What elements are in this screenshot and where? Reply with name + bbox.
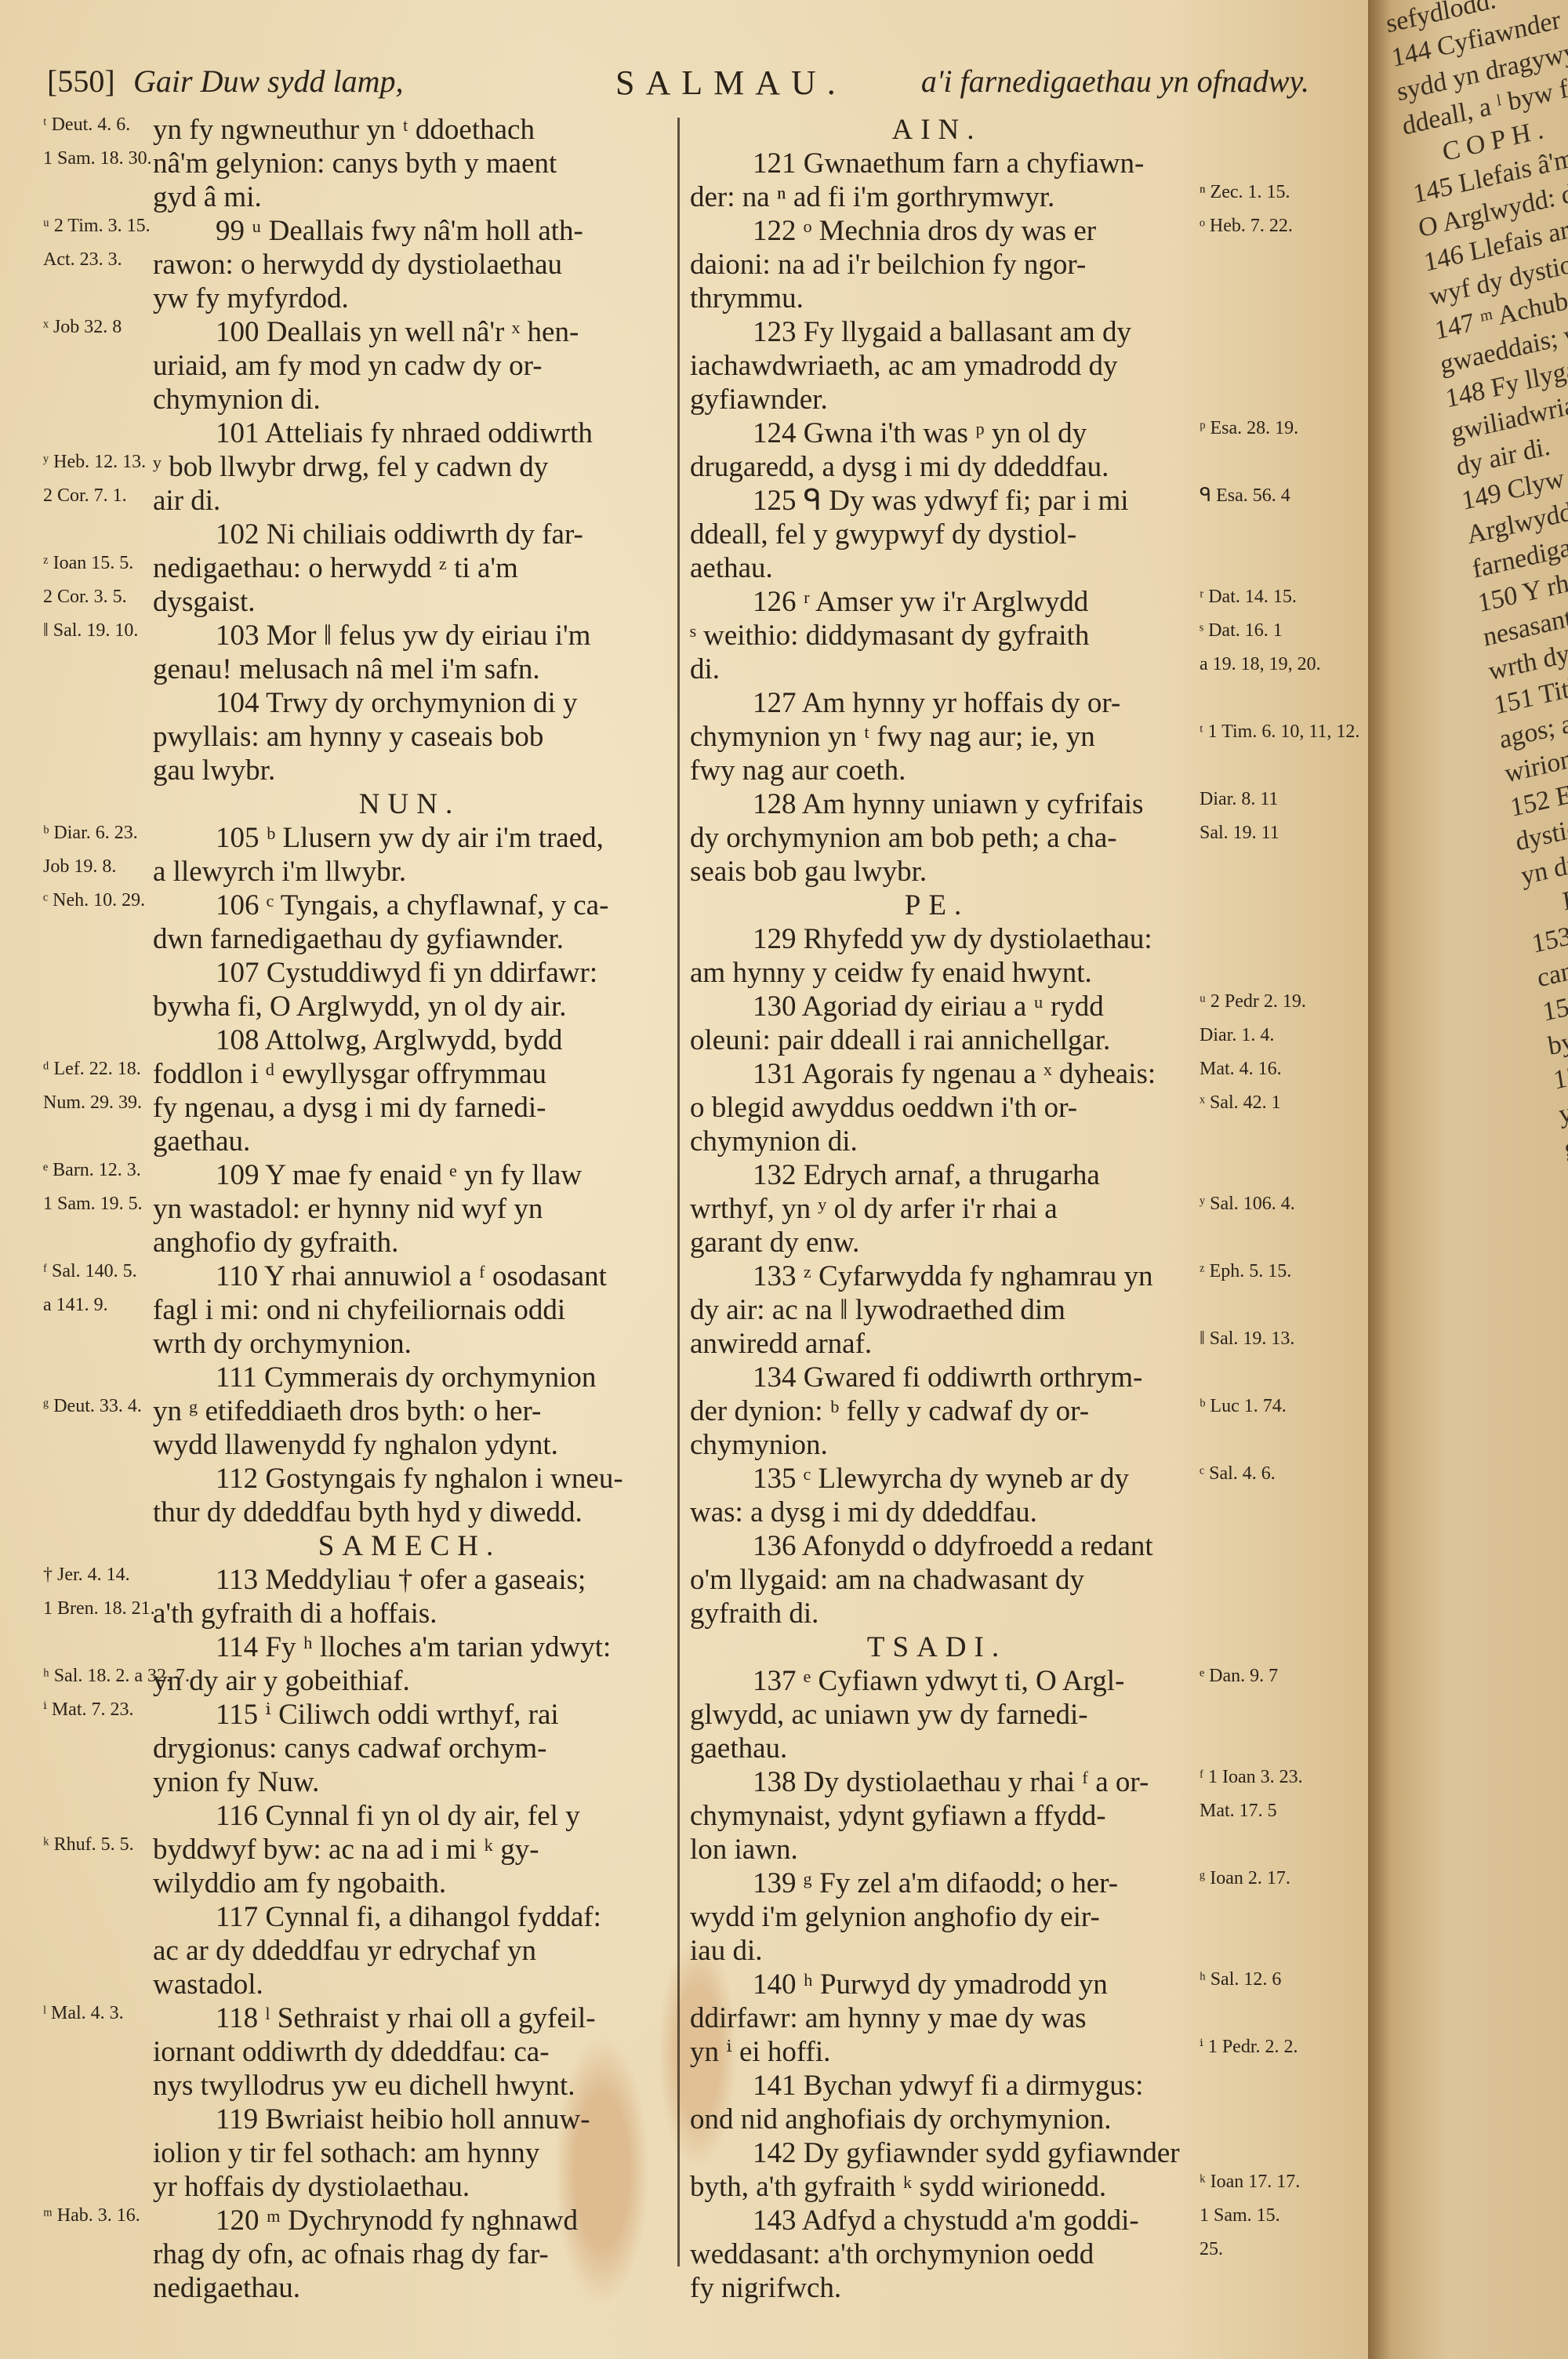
verse-text: bywha fi, O Arglwydd, yn ol dy air. bbox=[153, 990, 567, 1023]
verse-line: wastadol. bbox=[153, 1968, 666, 2001]
verse-text: 135 ᶜ Llewyrcha dy wyneb ar dy bbox=[753, 1462, 1129, 1496]
marginal-reference: ᵉ Dan. 9. 7 bbox=[1200, 1667, 1278, 1685]
verse-text: yn ⁱ ei hoffi. bbox=[690, 2035, 830, 2069]
verse-line: yw fy myfyrdod. bbox=[153, 282, 666, 315]
verse-line: lon iawn. bbox=[690, 1833, 1184, 1866]
marginal-reference: ᵒ Heb. 7. 22. bbox=[1200, 217, 1293, 234]
verse-text: 129 Rhyfedd yw dy dystiolaethau: bbox=[753, 922, 1152, 956]
verse-text: byth, a'th gyfraith ᵏ sydd wirionedd. bbox=[690, 2170, 1106, 2204]
next-page-text: sefydlodd.144 Cyfiawnder dy dystiolaetha… bbox=[1384, 0, 1568, 2257]
verse-line: rhag dy ofn, ac ofnais rhag dy far- bbox=[153, 2237, 666, 2271]
marginal-reference: ᵍ Deut. 33. 4. bbox=[43, 1398, 142, 1415]
verse-line: anwiredd arnaf.‖ Sal. 19. 13. bbox=[690, 1327, 1184, 1361]
verse-text: yn wastadol: er hynny nid wyf yn bbox=[153, 1192, 543, 1226]
verse-line: 114 Fy ʰ lloches a'm tarian ydwyt: bbox=[153, 1630, 666, 1664]
marginal-reference: ᵖ Esa. 28. 19. bbox=[1200, 420, 1298, 437]
section-heading: NUN. bbox=[153, 787, 666, 821]
verse-line: 102 Ni chiliais oddiwrth dy far- bbox=[153, 518, 666, 551]
column-divider bbox=[677, 118, 680, 2266]
verse-text: gyfiawnder. bbox=[690, 383, 828, 416]
verse-text: uriaid, am fy mod yn cadw dy or- bbox=[153, 349, 543, 383]
verse-text: 132 Edrych arnaf, a thrugarha bbox=[753, 1158, 1100, 1192]
verse-text: fy nigrifwch. bbox=[690, 2271, 841, 2305]
verse-text: 128 Am hynny uniawn y cyfrifais bbox=[753, 787, 1143, 821]
verse-line: seais bob gau lwybr. bbox=[690, 855, 1184, 889]
verse-line: nys twyllodrus yw eu dichell hwynt. bbox=[153, 2069, 666, 2103]
verse-text: 107 Cystuddiwyd fi yn ddirfawr: bbox=[216, 956, 597, 990]
verse-text: drugaredd, a dysg i mi dy ddeddfau. bbox=[690, 450, 1109, 484]
marginal-reference: ᶠ Sal. 140. 5. bbox=[43, 1263, 137, 1280]
verse-line: 108 Attolwg, Arglwydd, bydd bbox=[153, 1023, 666, 1057]
verse-line: 120 ᵐ Dychrynodd fy nghnawdᵐ Hab. 3. 16. bbox=[153, 2204, 666, 2237]
verse-line: wydd llawenydd fy nghalon ydynt. bbox=[153, 1428, 666, 1462]
marginal-reference: Diar. 8. 11 bbox=[1200, 791, 1278, 808]
verse-line: air di.2 Cor. 7. 1. bbox=[153, 484, 666, 518]
verse-line: nâ'm gelynion: canys byth y maent1 Sam. … bbox=[153, 147, 666, 180]
verse-text: gaethau. bbox=[690, 1732, 787, 1765]
right-caption: a'i farnedigaethau yn ofnadwy. bbox=[921, 63, 1309, 100]
verse-line: 136 Afonydd o ddyfroedd a redant bbox=[690, 1529, 1184, 1563]
verse-line: chymynion yn ᵗ fwy nag aur; ie, ynᵗ 1 Ti… bbox=[690, 720, 1184, 754]
verse-line: fy ngenau, a dysg i mi dy farnedi-Num. 2… bbox=[153, 1091, 666, 1125]
verse-text: 137 ᵉ Cyfiawn ydwyt ti, O Argl- bbox=[753, 1664, 1124, 1698]
marginal-reference: Diar. 1. 4. bbox=[1200, 1027, 1274, 1044]
verse-text: 125 ᑫ Dy was ydwyf fi; par i mi bbox=[753, 484, 1129, 518]
verse-text: thrymmu. bbox=[690, 282, 804, 315]
verse-text: daioni: na ad i'r beilchion fy ngor- bbox=[690, 248, 1086, 282]
marginal-reference: ᶜ Sal. 4. 6. bbox=[1200, 1465, 1276, 1482]
marginal-reference: 1 Bren. 18. 21. bbox=[43, 1600, 155, 1617]
marginal-reference: ᵇ Diar. 6. 23. bbox=[43, 824, 138, 841]
verse-line: fwy nag aur coeth. bbox=[690, 754, 1184, 787]
verse-text: o blegid awyddus oeddwn i'th or- bbox=[690, 1091, 1077, 1125]
verse-line: dy air: ac na ‖ lywodraethed dim bbox=[690, 1293, 1184, 1327]
verse-line: iornant oddiwrth dy ddeddfau: ca- bbox=[153, 2035, 666, 2069]
verse-line: 135 ᶜ Llewyrcha dy wyneb ar dyᶜ Sal. 4. … bbox=[690, 1462, 1184, 1496]
marginal-reference: ᵏ Ioan 17. 17. bbox=[1200, 2173, 1300, 2190]
verse-line: gyfraith di. bbox=[690, 1597, 1184, 1630]
verse-line: yn ⁱ ei hoffi.ⁱ 1 Pedr. 2. 2. bbox=[690, 2035, 1184, 2069]
verse-line: 109 Y mae fy enaid ᵉ yn fy llawᵉ Barn. 1… bbox=[153, 1158, 666, 1192]
verse-line: thur dy ddeddfau byth hyd y diwedd. bbox=[153, 1496, 666, 1529]
verse-line: 131 Agorais fy ngenau a ˣ dyheais:Mat. 4… bbox=[690, 1057, 1184, 1091]
verse-line: wydd i'm gelynion anghofio dy eir- bbox=[690, 1900, 1184, 1934]
verse-line: 129 Rhyfedd yw dy dystiolaethau: bbox=[690, 922, 1184, 956]
verse-line: 143 Adfyd a chystudd a'm goddi-1 Sam. 15… bbox=[690, 2204, 1184, 2237]
verse-text: chymynion yn ᵗ fwy nag aur; ie, yn bbox=[690, 720, 1095, 754]
verse-line: 100 Deallais yn well nâ'r ˣ hen-ˣ Job 32… bbox=[153, 315, 666, 349]
verse-text: seais bob gau lwybr. bbox=[690, 855, 927, 889]
verse-text: dy orchymynion am bob peth; a cha- bbox=[690, 821, 1117, 855]
verse-text: foddlon i ᵈ ewyllysgar offrymmau bbox=[153, 1057, 546, 1091]
verse-text: 113 Meddyliau † ofer a gaseais; bbox=[216, 1563, 586, 1597]
marginal-reference: Num. 29. 39. bbox=[43, 1094, 142, 1111]
verse-line: 117 Cynnal fi, a dihangol fyddaf: bbox=[153, 1900, 666, 1934]
verse-text: 131 Agorais fy ngenau a ˣ dyheais: bbox=[753, 1057, 1156, 1091]
marginal-reference: ʳ Dat. 14. 15. bbox=[1200, 588, 1297, 605]
verse-text: 106 ᶜ Tyngais, a chyflawnaf, y ca- bbox=[216, 889, 608, 922]
verse-text: wydd llawenydd fy nghalon ydynt. bbox=[153, 1428, 558, 1462]
marginal-reference: ʸ Heb. 12. 13. bbox=[43, 453, 146, 471]
verse-text: wastadol. bbox=[153, 1968, 263, 2001]
verse-text: 104 Trwy dy orchymynion di y bbox=[216, 686, 578, 720]
verse-text: yn ᵍ etifeddiaeth dros byth: o her- bbox=[153, 1394, 541, 1428]
verse-line: garant dy enw. bbox=[690, 1226, 1184, 1259]
verse-text: 102 Ni chiliais oddiwrth dy far- bbox=[216, 518, 583, 551]
verse-line: oleuni: pair ddeall i rai annichellgar.D… bbox=[690, 1023, 1184, 1057]
marginal-reference: a 141. 9. bbox=[43, 1296, 108, 1314]
marginal-reference: ˢ Dat. 16. 1 bbox=[1200, 622, 1283, 639]
verse-line: 124 Gwna i'th was ᵖ yn ol dyᵖ Esa. 28. 1… bbox=[690, 416, 1184, 450]
verse-text: yr hoffais dy dystiolaethau. bbox=[153, 2170, 470, 2204]
verse-line: o blegid awyddus oeddwn i'th or-ˣ Sal. 4… bbox=[690, 1091, 1184, 1125]
verse-text: der: na ⁿ ad fi i'm gorthrymwyr. bbox=[690, 180, 1054, 214]
verse-line: yn ᵍ etifeddiaeth dros byth: o her-ᵍ Deu… bbox=[153, 1394, 666, 1428]
marginal-reference: ᑫ Esa. 56. 4 bbox=[1200, 487, 1290, 504]
verse-text: pwyllais: am hynny y caseais bob bbox=[153, 720, 543, 754]
verse-line: yn fy ngwneuthur yn ᵗ ddoethachᵗ Deut. 4… bbox=[153, 113, 666, 147]
verse-line: 140 ʰ Purwyd dy ymadrodd ynʰ Sal. 12. 6 bbox=[690, 1968, 1184, 2001]
verse-text: 127 Am hynny yr hoffais dy or- bbox=[753, 686, 1120, 720]
verse-line: 127 Am hynny yr hoffais dy or- bbox=[690, 686, 1184, 720]
verse-text: 123 Fy llygaid a ballasant am dy bbox=[753, 315, 1131, 349]
marginal-reference: ᵈ Lef. 22. 18. bbox=[43, 1060, 141, 1078]
verse-line: wrthyf, yn ʸ ol dy arfer i'r rhai aʸ Sal… bbox=[690, 1192, 1184, 1226]
verse-text: glwydd, ac uniawn yw dy farnedi- bbox=[690, 1698, 1088, 1732]
verse-line: ddeall, fel y gwypwyf dy dystiol- bbox=[690, 518, 1184, 551]
verse-text: nâ'm gelynion: canys byth y maent bbox=[153, 147, 557, 180]
verse-line: am hynny y ceidw fy enaid hwynt. bbox=[690, 956, 1184, 990]
marginal-reference: ᵇ Luc 1. 74. bbox=[1200, 1398, 1287, 1415]
verse-text: fagl i mi: ond ni chyfeiliornais oddi bbox=[153, 1293, 565, 1327]
verse-line: drygionus: canys cadwaf orchym- bbox=[153, 1732, 666, 1765]
verse-text: 122 ᵒ Mechnia dros dy was er bbox=[753, 214, 1096, 248]
next-page-edge: sefydlodd.144 Cyfiawnder dy dystiolaetha… bbox=[1368, 0, 1568, 2359]
marginal-reference: ᶻ Ioan 15. 5. bbox=[43, 554, 133, 572]
verse-text: 139 ᵍ Fy zel a'm difaodd; o her- bbox=[753, 1866, 1118, 1900]
verse-line: 101 Atteliais fy nhraed oddiwrth bbox=[153, 416, 666, 450]
verse-text: thur dy ddeddfau byth hyd y diwedd. bbox=[153, 1496, 583, 1529]
verse-line: 110 Y rhai annuwiol a ᶠ osodasantᶠ Sal. … bbox=[153, 1259, 666, 1293]
verse-line: o'm llygaid: am na chadwasant dy bbox=[690, 1563, 1184, 1597]
marginal-reference: † Jer. 4. 14. bbox=[43, 1566, 130, 1583]
verse-text: a llewyrch i'm llwybr. bbox=[153, 855, 406, 889]
verse-line: byth, a'th gyfraith ᵏ sydd wirionedd.ᵏ I… bbox=[690, 2170, 1184, 2204]
verse-text: yw fy myfyrdod. bbox=[153, 282, 349, 315]
marginal-reference: ᵘ 2 Pedr 2. 19. bbox=[1200, 993, 1306, 1010]
verse-line: 130 Agoriad dy eiriau a ᵘ ryddᵘ 2 Pedr 2… bbox=[690, 990, 1184, 1023]
verse-line: 133 ᶻ Cyfarwydda fy nghamrau ynᶻ Eph. 5.… bbox=[690, 1259, 1184, 1293]
verse-text: ddirfawr: am hynny y mae dy was bbox=[690, 2001, 1087, 2035]
verse-text: fy ngenau, a dysg i mi dy farnedi- bbox=[153, 1091, 546, 1125]
verse-line: chymynion di. bbox=[153, 383, 666, 416]
verse-text: byddwyf byw: ac na ad i mi ᵏ gy- bbox=[153, 1833, 539, 1866]
verse-text: 124 Gwna i'th was ᵖ yn ol dy bbox=[753, 416, 1087, 450]
verse-line: pwyllais: am hynny y caseais bob bbox=[153, 720, 666, 754]
verse-line: gaethau. bbox=[153, 1125, 666, 1158]
verse-line: was: a dysg i mi dy ddeddfau. bbox=[690, 1496, 1184, 1529]
verse-line: a llewyrch i'm llwybr.Job 19. 8. bbox=[153, 855, 666, 889]
verse-line: glwydd, ac uniawn yw dy farnedi- bbox=[690, 1698, 1184, 1732]
verse-text: chymynion di. bbox=[690, 1125, 858, 1158]
verse-text: lon iawn. bbox=[690, 1833, 798, 1866]
verse-text: 142 Dy gyfiawnder sydd gyfiawnder bbox=[753, 2136, 1180, 2170]
verse-line: 119 Bwriaist heibio holl annuw- bbox=[153, 2103, 666, 2136]
marginal-reference: ˣ Job 32. 8 bbox=[43, 318, 122, 336]
verse-text: 140 ʰ Purwyd dy ymadrodd yn bbox=[753, 1968, 1108, 2001]
marginal-reference: ʸ Sal. 106. 4. bbox=[1200, 1195, 1295, 1212]
verse-text: ʸ bob llwybr drwg, fel y cadwn dy bbox=[153, 450, 548, 484]
section-heading: TSADI. bbox=[690, 1630, 1184, 1664]
verse-text: 111 Cymmerais dy orchymynion bbox=[216, 1361, 596, 1394]
verse-text: rhag dy ofn, ac ofnais rhag dy far- bbox=[153, 2237, 549, 2271]
verse-text: aethau. bbox=[690, 551, 773, 585]
verse-text: nedigaethau: o herwydd ᶻ ti a'm bbox=[153, 551, 518, 585]
verse-line: 111 Cymmerais dy orchymynion bbox=[153, 1361, 666, 1394]
verse-line: fagl i mi: ond ni chyfeiliornais oddia 1… bbox=[153, 1293, 666, 1327]
left-column: yn fy ngwneuthur yn ᵗ ddoethachᵗ Deut. 4… bbox=[153, 113, 666, 2305]
verse-text: 100 Deallais yn well nâ'r ˣ hen- bbox=[216, 315, 579, 349]
verse-line: wrth dy orchymynion. bbox=[153, 1327, 666, 1361]
marginal-reference: ‖ Sal. 19. 13. bbox=[1200, 1330, 1294, 1347]
verse-text: nys twyllodrus yw eu dichell hwynt. bbox=[153, 2069, 575, 2103]
verse-line: iachawdwriaeth, ac am ymadrodd dy bbox=[690, 349, 1184, 383]
verse-text: di. bbox=[690, 652, 720, 686]
verse-text: 130 Agoriad dy eiriau a ᵘ rydd bbox=[753, 990, 1104, 1023]
marginal-reference: Sal. 19. 11 bbox=[1200, 824, 1279, 841]
verse-text: rawon: o herwydd dy dystiolaethau bbox=[153, 248, 562, 282]
page-number: [550] bbox=[47, 63, 115, 100]
verse-line: chymynion di. bbox=[690, 1125, 1184, 1158]
verse-text: wydd i'm gelynion anghofio dy eir- bbox=[690, 1900, 1100, 1934]
verse-text: 126 ʳ Amser yw i'r Arglwydd bbox=[753, 585, 1088, 619]
verse-line: 132 Edrych arnaf, a thrugarha bbox=[690, 1158, 1184, 1192]
verse-line: uriaid, am fy mod yn cadw dy or- bbox=[153, 349, 666, 383]
marginal-reference: 1 Sam. 18. 30. bbox=[43, 150, 152, 167]
verse-text: fwy nag aur coeth. bbox=[690, 754, 906, 787]
verse-line: anghofio dy gyfraith. bbox=[153, 1226, 666, 1259]
verse-line: dysgaist.2 Cor. 3. 5. bbox=[153, 585, 666, 619]
marginal-reference: ᶠ 1 Ioan 3. 23. bbox=[1200, 1768, 1303, 1786]
verse-line: yn dy air y gobeithiaf.ʰ Sal. 18. 2. a 3… bbox=[153, 1664, 666, 1698]
verse-text: genau! melusach nâ mel i'm safn. bbox=[153, 652, 540, 686]
verse-line: 99 ᵘ Deallais fwy nâ'm holl ath-ᵘ 2 Tim.… bbox=[153, 214, 666, 248]
verse-line: ˢ weithio: diddymasant dy gyfraithˢ Dat.… bbox=[690, 619, 1184, 652]
verse-line: 105 ᵇ Llusern yw dy air i'm traed,ᵇ Diar… bbox=[153, 821, 666, 855]
marginal-reference: ᶻ Eph. 5. 15. bbox=[1200, 1263, 1291, 1280]
verse-line: fy nigrifwch. bbox=[690, 2271, 1184, 2305]
verse-line: aethau. bbox=[690, 551, 1184, 585]
verse-line: weddasant: a'th orchymynion oedd25. bbox=[690, 2237, 1184, 2271]
marginal-reference: ʰ Sal. 12. 6 bbox=[1200, 1971, 1281, 1988]
marginal-reference: ᶜ Neh. 10. 29. bbox=[43, 892, 145, 909]
verse-line: chymynaist, ydynt gyfiawn a ffydd-Mat. 1… bbox=[690, 1799, 1184, 1833]
verse-line: 122 ᵒ Mechnia dros dy was erᵒ Heb. 7. 22… bbox=[690, 214, 1184, 248]
marginal-reference: 2 Cor. 3. 5. bbox=[43, 588, 127, 605]
verse-text: ddeall, fel y gwypwyf dy dystiol- bbox=[690, 518, 1076, 551]
verse-text: wrthyf, yn ʸ ol dy arfer i'r rhai a bbox=[690, 1192, 1058, 1226]
verse-line: di.a 19. 18, 19, 20. bbox=[690, 652, 1184, 686]
verse-text: anwiredd arnaf. bbox=[690, 1327, 872, 1361]
verse-line: 139 ᵍ Fy zel a'm difaodd; o her-ᵍ Ioan 2… bbox=[690, 1866, 1184, 1900]
verse-line: 125 ᑫ Dy was ydwyf fi; par i miᑫ Esa. 56… bbox=[690, 484, 1184, 518]
verse-text: wilyddio am fy ngobaith. bbox=[153, 1866, 446, 1900]
verse-text: ac ar dy ddeddfau yr edrychaf yn bbox=[153, 1934, 536, 1968]
marginal-reference: 2 Cor. 7. 1. bbox=[43, 487, 127, 504]
verse-line: 106 ᶜ Tyngais, a chyflawnaf, y ca-ᶜ Neh.… bbox=[153, 889, 666, 922]
marginal-reference: 1 Sam. 15. bbox=[1200, 2207, 1280, 2224]
marginal-reference: ᵘ 2 Tim. 3. 15. bbox=[43, 217, 151, 234]
verse-text: nedigaethau. bbox=[153, 2271, 300, 2305]
verse-text: 141 Bychan ydwyf fi a dirmygus: bbox=[753, 2069, 1143, 2103]
book-title: SALMAU. bbox=[615, 63, 847, 103]
verse-text: iachawdwriaeth, ac am ymadrodd dy bbox=[690, 349, 1118, 383]
verse-text: iornant oddiwrth dy ddeddfau: ca- bbox=[153, 2035, 550, 2069]
verse-text: ˢ weithio: diddymasant dy gyfraith bbox=[690, 619, 1089, 652]
verse-line: 142 Dy gyfiawnder sydd gyfiawnder bbox=[690, 2136, 1184, 2170]
verse-line: iau di. bbox=[690, 1934, 1184, 1968]
verse-line: gyd â mi. bbox=[153, 180, 666, 214]
verse-line: 126 ʳ Amser yw i'r Arglwyddʳ Dat. 14. 15… bbox=[690, 585, 1184, 619]
verse-line: nedigaethau: o herwydd ᶻ ti a'mᶻ Ioan 15… bbox=[153, 551, 666, 585]
verse-text: a'th gyfraith di a hoffais. bbox=[153, 1597, 437, 1630]
verse-line: der dynion: ᵇ felly y cadwaf dy or-ᵇ Luc… bbox=[690, 1394, 1184, 1428]
verse-text: 143 Adfyd a chystudd a'm goddi- bbox=[753, 2204, 1139, 2237]
marginal-reference: ˡ Mal. 4. 3. bbox=[43, 2005, 124, 2022]
verse-line: thrymmu. bbox=[690, 282, 1184, 315]
marginal-reference: ᵍ Ioan 2. 17. bbox=[1200, 1870, 1290, 1887]
verse-text: 136 Afonydd o ddyfroedd a redant bbox=[753, 1529, 1153, 1563]
verse-text: gaethau. bbox=[153, 1125, 250, 1158]
verse-text: yn fy ngwneuthur yn ᵗ ddoethach bbox=[153, 113, 535, 147]
verse-text: gyfraith di. bbox=[690, 1597, 818, 1630]
verse-text: wrth dy orchymynion. bbox=[153, 1327, 412, 1361]
marginal-reference: ʰ Sal. 18. 2. a 32. 7. bbox=[43, 1667, 190, 1685]
verse-line: 128 Am hynny uniawn y cyfrifaisDiar. 8. … bbox=[690, 787, 1184, 821]
marginal-reference: ˣ Sal. 42. 1 bbox=[1200, 1094, 1281, 1111]
verse-text: air di. bbox=[153, 484, 220, 518]
verse-line: 123 Fy llygaid a ballasant am dy bbox=[690, 315, 1184, 349]
verse-text: 133 ᶻ Cyfarwydda fy nghamrau yn bbox=[753, 1259, 1153, 1293]
verse-line: 137 ᵉ Cyfiawn ydwyt ti, O Argl-ᵉ Dan. 9.… bbox=[690, 1664, 1184, 1698]
verse-text: oleuni: pair ddeall i rai annichellgar. bbox=[690, 1023, 1110, 1057]
verse-line: gau lwybr. bbox=[153, 754, 666, 787]
marginal-reference: ᵐ Hab. 3. 16. bbox=[43, 2207, 140, 2224]
verse-line: byddwyf byw: ac na ad i mi ᵏ gy-ᵏ Rhuf. … bbox=[153, 1833, 666, 1866]
verse-line: wilyddio am fy ngobaith. bbox=[153, 1866, 666, 1900]
verse-text: 121 Gwnaethum farn a chyfiawn- bbox=[753, 147, 1144, 180]
verse-line: ac ar dy ddeddfau yr edrychaf yn bbox=[153, 1934, 666, 1968]
verse-line: bywha fi, O Arglwydd, yn ol dy air. bbox=[153, 990, 666, 1023]
verse-line: rawon: o herwydd dy dystiolaethauAct. 23… bbox=[153, 248, 666, 282]
verse-text: yn dy air y gobeithiaf. bbox=[153, 1664, 410, 1698]
verse-text: was: a dysg i mi dy ddeddfau. bbox=[690, 1496, 1037, 1529]
verse-text: 117 Cynnal fi, a dihangol fyddaf: bbox=[216, 1900, 601, 1934]
verse-text: 120 ᵐ Dychrynodd fy nghnawd bbox=[216, 2204, 578, 2237]
verse-line: 115 ⁱ Ciliwch oddi wrthyf, raiⁱ Mat. 7. … bbox=[153, 1698, 666, 1732]
verse-text: 112 Gostyngais fy nghalon i wneu- bbox=[216, 1462, 623, 1496]
section-heading: AIN. bbox=[690, 113, 1184, 147]
verse-line: iolion y tir fel sothach: am hynny bbox=[153, 2136, 666, 2170]
marginal-reference: ᵉ Barn. 12. 3. bbox=[43, 1161, 141, 1179]
running-head: [550] Gair Duw sydd lamp, SALMAU. a'i fa… bbox=[47, 63, 1309, 110]
marginal-reference: ‖ Sal. 19. 10. bbox=[43, 622, 138, 639]
verse-line: yr hoffais dy dystiolaethau. bbox=[153, 2170, 666, 2204]
verse-text: am hynny y ceidw fy enaid hwynt. bbox=[690, 956, 1092, 990]
verse-line: der: na ⁿ ad fi i'm gorthrymwyr.ⁿ Zec. 1… bbox=[690, 180, 1184, 214]
verse-text: dy air: ac na ‖ lywodraethed dim bbox=[690, 1293, 1065, 1327]
left-caption: Gair Duw sydd lamp, bbox=[133, 63, 403, 100]
marginal-reference: Act. 23. 3. bbox=[43, 251, 122, 268]
verse-text: 119 Bwriaist heibio holl annuw- bbox=[216, 2103, 590, 2136]
verse-text: dwn farnedigaethau dy gyfiawnder. bbox=[153, 922, 564, 956]
verse-line: ddirfawr: am hynny y mae dy was bbox=[690, 2001, 1184, 2035]
verse-text: 134 Gwared fi oddiwrth orthrym- bbox=[753, 1361, 1142, 1394]
verse-text: 108 Attolwg, Arglwydd, bydd bbox=[216, 1023, 562, 1057]
verse-text: iau di. bbox=[690, 1934, 762, 1968]
verse-text: 99 ᵘ Deallais fwy nâ'm holl ath- bbox=[216, 214, 583, 248]
verse-line: yn wastadol: er hynny nid wyf yn1 Sam. 1… bbox=[153, 1192, 666, 1226]
marginal-reference: ᵗ Deut. 4. 6. bbox=[43, 116, 130, 133]
verse-text: 101 Atteliais fy nhraed oddiwrth bbox=[216, 416, 593, 450]
marginal-reference: Job 19. 8. bbox=[43, 858, 116, 875]
verse-line: daioni: na ad i'r beilchion fy ngor- bbox=[690, 248, 1184, 282]
verse-text: 110 Y rhai annuwiol a ᶠ osodasant bbox=[216, 1259, 607, 1293]
book-page: [550] Gair Duw sydd lamp, SALMAU. a'i fa… bbox=[0, 0, 1368, 2359]
verse-line: 121 Gwnaethum farn a chyfiawn- bbox=[690, 147, 1184, 180]
verse-text: 105 ᵇ Llusern yw dy air i'm traed, bbox=[216, 821, 604, 855]
verse-line: 113 Meddyliau † ofer a gaseais;† Jer. 4.… bbox=[153, 1563, 666, 1597]
verse-line: genau! melusach nâ mel i'm safn. bbox=[153, 652, 666, 686]
verse-line: ʸ bob llwybr drwg, fel y cadwn dyʸ Heb. … bbox=[153, 450, 666, 484]
verse-line: 104 Trwy dy orchymynion di y bbox=[153, 686, 666, 720]
verse-line: 116 Cynnal fi yn ol dy air, fel y bbox=[153, 1799, 666, 1833]
verse-line: drugaredd, a dysg i mi dy ddeddfau. bbox=[690, 450, 1184, 484]
marginal-reference: ⁱ Mat. 7. 23. bbox=[43, 1701, 134, 1718]
verse-line: dy orchymynion am bob peth; a cha-Sal. 1… bbox=[690, 821, 1184, 855]
verse-line: dwn farnedigaethau dy gyfiawnder. bbox=[153, 922, 666, 956]
verse-line: gyfiawnder. bbox=[690, 383, 1184, 416]
verse-text: gyd â mi. bbox=[153, 180, 262, 214]
verse-line: 138 Dy dystiolaethau y rhai ᶠ a or-ᶠ 1 I… bbox=[690, 1765, 1184, 1799]
verse-line: chymynion. bbox=[690, 1428, 1184, 1462]
verse-line: foddlon i ᵈ ewyllysgar offrymmauᵈ Lef. 2… bbox=[153, 1057, 666, 1091]
verse-text: anghofio dy gyfraith. bbox=[153, 1226, 398, 1259]
marginal-reference: Mat. 4. 16. bbox=[1200, 1060, 1282, 1078]
verse-text: 114 Fy ʰ lloches a'm tarian ydwyt: bbox=[216, 1630, 611, 1664]
marginal-reference: 25. bbox=[1200, 2241, 1223, 2258]
marginal-reference: 1 Sam. 19. 5. bbox=[43, 1195, 143, 1212]
section-heading: PE. bbox=[690, 889, 1184, 922]
verse-text: ond nid anghofiais dy orchymynion. bbox=[690, 2103, 1111, 2136]
verse-text: ynion fy Nuw. bbox=[153, 1765, 319, 1799]
verse-text: 116 Cynnal fi yn ol dy air, fel y bbox=[216, 1799, 580, 1833]
verse-line: 141 Bychan ydwyf fi a dirmygus: bbox=[690, 2069, 1184, 2103]
verse-text: 109 Y mae fy enaid ᵉ yn fy llaw bbox=[216, 1158, 582, 1192]
marginal-reference: ⁿ Zec. 1. 15. bbox=[1200, 184, 1290, 201]
marginal-reference: Mat. 17. 5 bbox=[1200, 1802, 1277, 1819]
section-heading: SAMECH. bbox=[153, 1529, 666, 1563]
verse-text: chymynaist, ydynt gyfiawn a ffydd- bbox=[690, 1799, 1106, 1833]
verse-text: o'm llygaid: am na chadwasant dy bbox=[690, 1563, 1084, 1597]
verse-text: iolion y tir fel sothach: am hynny bbox=[153, 2136, 539, 2170]
verse-text: chymynion di. bbox=[153, 383, 321, 416]
verse-line: 103 Mor ‖ felus yw dy eiriau i'm‖ Sal. 1… bbox=[153, 619, 666, 652]
verse-text: gau lwybr. bbox=[153, 754, 275, 787]
verse-line: ynion fy Nuw. bbox=[153, 1765, 666, 1799]
verse-line: a'th gyfraith di a hoffais.1 Bren. 18. 2… bbox=[153, 1597, 666, 1630]
verse-text: garant dy enw. bbox=[690, 1226, 859, 1259]
